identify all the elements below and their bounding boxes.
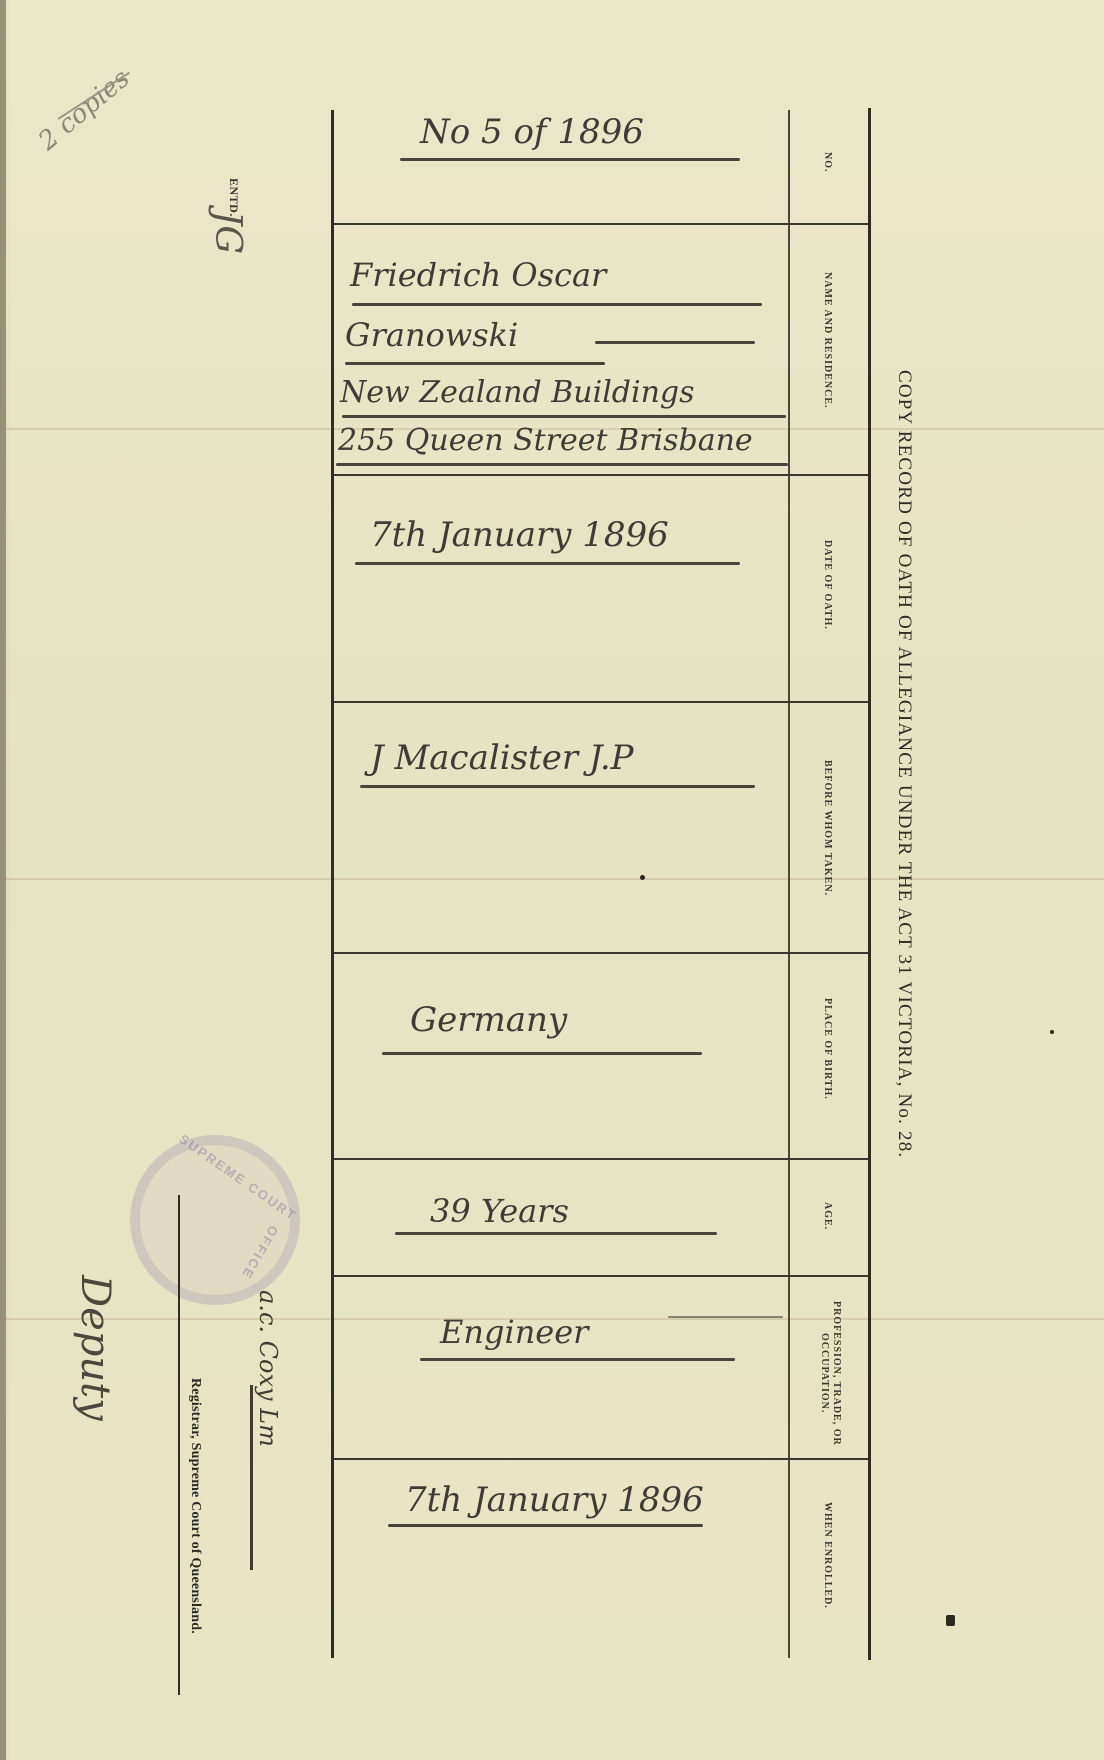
- entry-place-underline: [382, 1052, 702, 1055]
- row-divider: [334, 1458, 868, 1460]
- ink-dot: [640, 875, 645, 880]
- label-no: NO.: [822, 152, 833, 173]
- label-date-of-oath: DATE OF OATH.: [822, 540, 833, 630]
- entry-occupation-dash: [668, 1316, 783, 1318]
- certification-signature: a.c. Coxy Lm: [254, 1290, 282, 1447]
- row-divider: [334, 952, 868, 954]
- entry-age: 39 Years: [430, 1192, 569, 1230]
- row-divider: [334, 474, 868, 476]
- label-age: AGE.: [822, 1202, 833, 1230]
- page-edge-shadow: [0, 0, 6, 1760]
- entry-name-underline: [352, 303, 762, 306]
- row-divider: [334, 223, 868, 225]
- entry-name-line1: Friedrich Oscar: [350, 256, 606, 294]
- entry-place-of-birth: Germany: [410, 1000, 567, 1040]
- label-column-divider: [788, 110, 790, 1658]
- entry-number: No 5 of 1896: [420, 112, 644, 152]
- row-divider: [334, 1275, 868, 1277]
- entry-residence-line2: 255 Queen Street Brisbane: [338, 423, 753, 458]
- entry-age-underline: [395, 1232, 717, 1235]
- row-divider: [334, 1158, 868, 1160]
- signature-line: [178, 1195, 180, 1695]
- entered-initials: JG: [207, 211, 248, 254]
- entry-name-line2: Granowski: [345, 316, 518, 354]
- entry-residence-line1: New Zealand Buildings: [340, 375, 695, 410]
- ink-dot: [1050, 1030, 1054, 1034]
- entry-before-whom-underline: [360, 785, 755, 788]
- table-right-border: [868, 108, 871, 1660]
- certification-underline: [250, 1385, 253, 1570]
- row-divider: [334, 701, 868, 703]
- entry-date-of-oath: 7th January 1896: [370, 515, 669, 555]
- entry-residence-underline: [336, 463, 788, 466]
- ink-mark: [946, 1615, 955, 1626]
- label-name-residence: NAME AND RESIDENCE.: [822, 272, 833, 409]
- entry-when-enrolled: 7th January 1896: [405, 1480, 704, 1520]
- signature-deputy: Deputy: [72, 1275, 118, 1421]
- label-place-of-birth: PLACE OF BIRTH.: [822, 998, 833, 1100]
- entry-enrolled-underline: [388, 1524, 703, 1527]
- entry-number-underline: [400, 158, 740, 161]
- entry-name-underline: [595, 341, 755, 344]
- entry-occupation-underline: [420, 1358, 735, 1361]
- registrar-title: Registrar, Supreme Court of Queensland.: [187, 1378, 203, 1634]
- table-left-border: [331, 110, 334, 1658]
- label-before-whom-taken: BEFORE WHOM TAKEN.: [822, 760, 833, 896]
- entry-before-whom: J Macalister J.P: [370, 738, 634, 778]
- entry-occupation: Engineer: [440, 1313, 588, 1351]
- fold-crease: [0, 878, 1104, 880]
- entry-date-underline: [355, 562, 740, 565]
- entry-name-underline: [345, 362, 605, 365]
- entry-residence-underline: [342, 415, 786, 418]
- label-profession: PROFESSION, TRADE, OR OCCUPATION.: [816, 1288, 842, 1458]
- label-when-enrolled: WHEN ENROLLED.: [822, 1502, 833, 1609]
- document-title: COPY RECORD OF OATH OF ALLEGIANCE UNDER …: [893, 370, 915, 1158]
